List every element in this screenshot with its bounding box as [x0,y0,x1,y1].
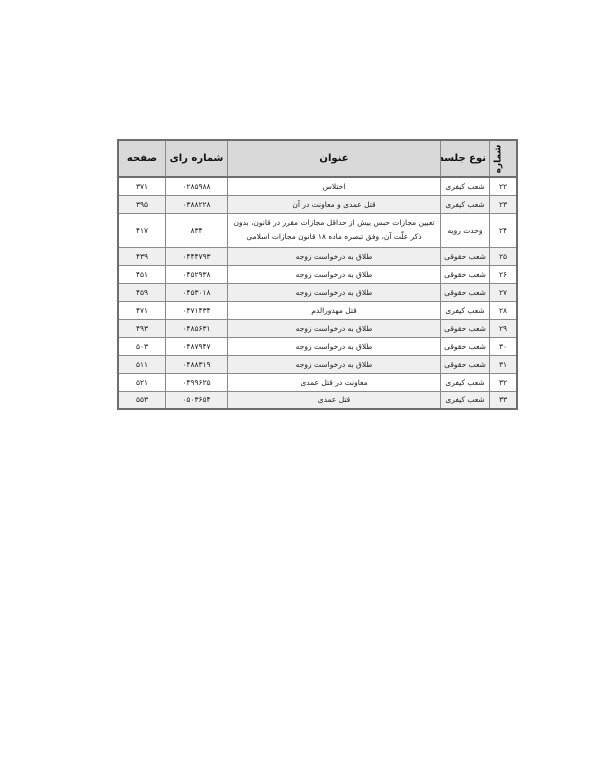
cell-page: ۵۰۳ [118,337,166,355]
header-title: عنوان [228,140,441,177]
cell-number: ۲۶ [490,265,518,283]
cell-session-type: شعب حقوقی [441,283,490,301]
cell-session-type: وحدت رویه [441,213,490,247]
cell-number: ۲۴ [490,213,518,247]
cell-vote-number: ۰۴۸۷۹۴۷ [166,337,228,355]
header-number-label: شماره [494,145,504,174]
document-page: شماره نوع جلسه عنوان شماره رای صفحه ۲۲ ش… [0,0,600,776]
table-row: ۲۶ شعب حقوقی طلاق به درخواست زوجه ۰۴۵۲۹۳… [118,265,517,283]
cell-title: طلاق به درخواست زوجه [228,283,441,301]
cell-session-type: شعب حقوقی [441,247,490,265]
cell-vote-number: ۰۴۵۳۰۱۸ [166,283,228,301]
table-row: ۲۳ شعب کیفری قتل عمدی و معاونت در آن ۰۳۸… [118,195,517,213]
cell-vote-number: ۰۴۵۲۹۳۸ [166,265,228,283]
cell-title: طلاق به درخواست زوجه [228,265,441,283]
table-row: ۲۷ شعب حقوقی طلاق به درخواست زوجه ۰۴۵۳۰۱… [118,283,517,301]
cell-page: ۴۹۳ [118,319,166,337]
cell-page: ۴۱۷ [118,213,166,247]
cell-vote-number: ۰۴۸۸۳۱۹ [166,355,228,373]
table-row: ۳۱ شعب حقوقی طلاق به درخواست زوجه ۰۴۸۸۳۱… [118,355,517,373]
cell-title: اختلاس [228,177,441,195]
cell-page: ۴۷۱ [118,301,166,319]
cell-session-type: شعب کیفری [441,301,490,319]
cell-vote-number: ۰۲۸۵۹۸۸ [166,177,228,195]
cell-title: قتل عمدی [228,391,441,409]
cell-session-type: شعب حقوقی [441,337,490,355]
cell-session-type: شعب کیفری [441,195,490,213]
table-row: ۳۲ شعب کیفری معاونت در قتل عمدی ۰۴۹۹۶۲۵ … [118,373,517,391]
cell-number: ۳۳ [490,391,518,409]
cell-title: طلاق به درخواست زوجه [228,319,441,337]
cell-title: طلاق به درخواست زوجه [228,337,441,355]
cell-number: ۲۹ [490,319,518,337]
cell-title: طلاق به درخواست زوجه [228,247,441,265]
cell-page: ۴۵۱ [118,265,166,283]
cell-page: ۴۳۹ [118,247,166,265]
table-header-row: شماره نوع جلسه عنوان شماره رای صفحه [118,140,517,177]
cell-number: ۲۳ [490,195,518,213]
cell-vote-number: ۰۵۰۳۶۵۴ [166,391,228,409]
cell-session-type: شعب کیفری [441,177,490,195]
header-session-type: نوع جلسه [441,140,490,177]
cell-session-type: شعب کیفری [441,373,490,391]
cell-title: معاونت در قتل عمدی [228,373,441,391]
cell-vote-number: ۰۴۴۴۷۹۳ [166,247,228,265]
table-row: ۲۵ شعب حقوقی طلاق به درخواست زوجه ۰۴۴۴۷۹… [118,247,517,265]
cell-session-type: شعب حقوقی [441,265,490,283]
cell-title: تعیین مجازات حبس بیش از حداقل مجازات مقر… [228,213,441,247]
cell-page: ۵۱۱ [118,355,166,373]
cell-number: ۲۵ [490,247,518,265]
cell-number: ۳۰ [490,337,518,355]
cell-page: ۵۲۱ [118,373,166,391]
cell-title: طلاق به درخواست زوجه [228,355,441,373]
cell-vote-number: ۰۴۷۱۴۳۴ [166,301,228,319]
cell-page: ۵۵۳ [118,391,166,409]
cell-page: ۳۹۵ [118,195,166,213]
cell-vote-number: ۸۳۴ [166,213,228,247]
cell-session-type: شعب حقوقی [441,355,490,373]
table-row: ۲۸ شعب کیفری قتل مهدورالدم ۰۴۷۱۴۳۴ ۴۷۱ [118,301,517,319]
table-row: ۲۴ وحدت رویه تعیین مجازات حبس بیش از حدا… [118,213,517,247]
header-number: شماره [490,140,518,177]
cell-number: ۲۷ [490,283,518,301]
rulings-index-table: شماره نوع جلسه عنوان شماره رای صفحه ۲۲ ش… [117,139,518,410]
cell-title: قتل عمدی و معاونت در آن [228,195,441,213]
cell-session-type: شعب کیفری [441,391,490,409]
cell-number: ۲۲ [490,177,518,195]
cell-number: ۳۱ [490,355,518,373]
cell-page: ۴۵۹ [118,283,166,301]
table-row: ۳۰ شعب حقوقی طلاق به درخواست زوجه ۰۴۸۷۹۴… [118,337,517,355]
table-row: ۳۳ شعب کیفری قتل عمدی ۰۵۰۳۶۵۴ ۵۵۳ [118,391,517,409]
header-vote-number: شماره رای [166,140,228,177]
cell-page: ۳۷۱ [118,177,166,195]
cell-vote-number: ۰۴۹۹۶۲۵ [166,373,228,391]
cell-title: قتل مهدورالدم [228,301,441,319]
header-page: صفحه [118,140,166,177]
cell-vote-number: ۰۴۸۵۶۳۱ [166,319,228,337]
cell-number: ۲۸ [490,301,518,319]
cell-number: ۳۲ [490,373,518,391]
table-row: ۲۹ شعب حقوقی طلاق به درخواست زوجه ۰۴۸۵۶۳… [118,319,517,337]
table-row: ۲۲ شعب کیفری اختلاس ۰۲۸۵۹۸۸ ۳۷۱ [118,177,517,195]
cell-session-type: شعب حقوقی [441,319,490,337]
cell-vote-number: ۰۳۸۸۲۲۸ [166,195,228,213]
